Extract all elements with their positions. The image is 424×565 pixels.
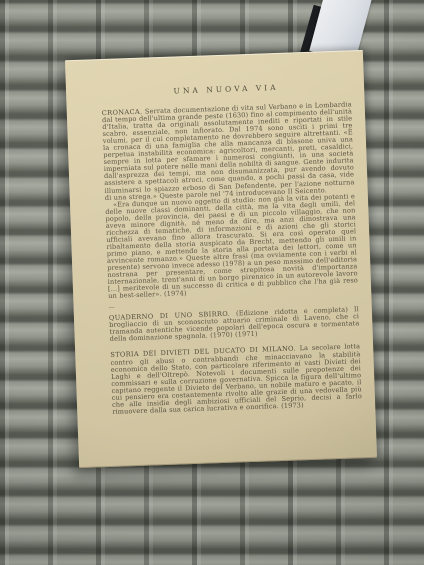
- page-text: UNA NUOVA VIA CRONACA. Serrata documenta…: [65, 50, 375, 417]
- paragraph-cronaca: CRONACA. Serrata documentazione di vita …: [102, 101, 355, 201]
- paragraph-quaderno: QUADERNO DI UNO SBIRRO. (Edizione ridott…: [109, 306, 360, 343]
- paragraph-body-quaderno: (Edizione ridotta e completa) Il broglia…: [109, 305, 359, 343]
- paragraph-body-era-dunque: «Era dunque un nuovo oggetto di studio: …: [105, 192, 358, 300]
- paragraph-body-cronaca: Serrata documentazione di vita sul Verba…: [102, 100, 355, 201]
- book-back-cover: UNA NUOVA VIA CRONACA. Serrata documenta…: [65, 50, 377, 468]
- paragraph-storia: STORIA DEI DIVIETI DEL DUCATO DI MILANO.…: [110, 344, 362, 416]
- paragraph-era-dunque: «Era dunque un nuovo oggetto di studio: …: [105, 193, 358, 300]
- page-heading: UNA NUOVA VIA: [101, 80, 351, 98]
- photo-background: UNA NUOVA VIA CRONACA. Serrata documenta…: [0, 0, 424, 565]
